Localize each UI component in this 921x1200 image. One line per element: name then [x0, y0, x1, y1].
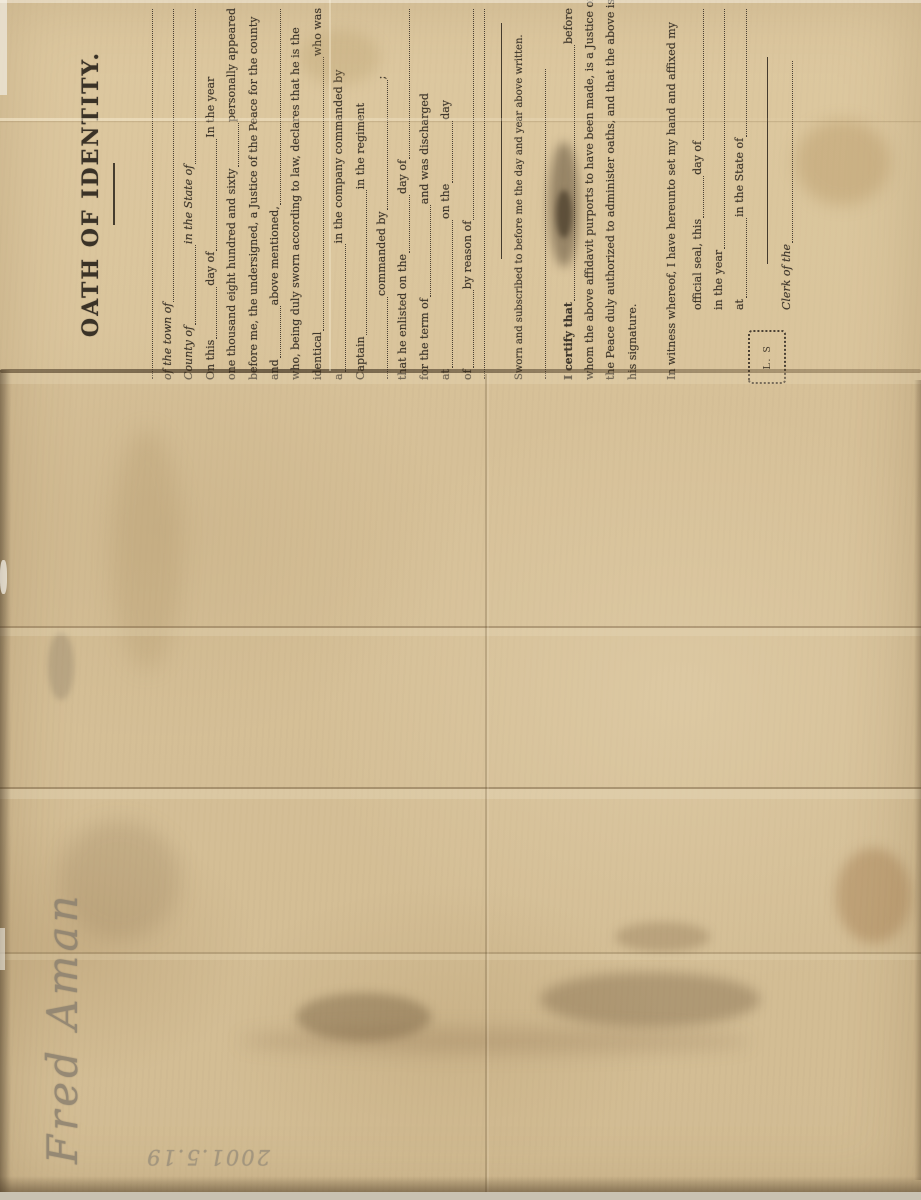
stain	[836, 848, 911, 943]
form-text: day	[435, 100, 456, 120]
form-line: that he enlisted on theday of	[392, 8, 413, 380]
form-text: I certify that	[558, 302, 579, 380]
blank-field	[238, 123, 239, 167]
form-text: who was	[307, 8, 328, 56]
form-title: OATH OF IDENTITY.	[78, 8, 104, 380]
form-text: in the company commanded by	[328, 70, 349, 244]
form-line: In witness whereof, I have hereunto set …	[661, 8, 682, 380]
blank-field	[484, 9, 485, 379]
blank-field	[216, 287, 217, 339]
form-text: before	[558, 8, 579, 44]
blank-field	[280, 9, 281, 205]
form-text: of the town of	[157, 303, 178, 380]
form-line	[545, 68, 550, 380]
blank-field	[792, 61, 793, 243]
form-line: Captainin the regiment	[350, 8, 371, 380]
oath-form-content: OATH OF IDENTITY. of the town ofCounty o…	[0, 0, 921, 390]
form-text: by reason of	[457, 221, 478, 290]
blank-field	[216, 139, 217, 251]
form-line: one thousand eight hundred and sixtypers…	[221, 8, 242, 380]
form-line: I certify thatbefore	[558, 8, 579, 380]
blank-field	[746, 218, 747, 298]
form-text: Clerk of the	[776, 244, 797, 310]
form-text: commanded by	[371, 211, 392, 296]
scanner-background-strip	[0, 1192, 921, 1200]
form-text: one thousand eight hundred and sixty	[221, 168, 242, 380]
blank-field	[195, 245, 196, 325]
form-line: whom the above affidavit purports to hav…	[579, 8, 600, 380]
form-text: for the term of	[414, 298, 435, 380]
notary-seal: L. S	[748, 330, 786, 384]
form-text: before me, the undersigned, a Justice of…	[243, 17, 264, 380]
fold-highlight	[487, 374, 489, 1195]
blank-field	[195, 9, 196, 164]
form-text: on the	[435, 184, 456, 219]
accession-number: 2001.5.19	[112, 1134, 270, 1180]
form-text: and was discharged	[414, 93, 435, 204]
form-text: whom the above affidavit purports to hav…	[579, 0, 600, 380]
form-text: a	[328, 373, 349, 380]
form-line: Clerk of the	[776, 60, 797, 310]
form-line: commanded by;	[371, 8, 392, 380]
form-line: in the year	[708, 8, 729, 310]
blank-field	[387, 297, 388, 379]
blank-field	[703, 9, 704, 140]
form-line: Sworn and subscribed to before me the da…	[509, 48, 530, 380]
fold-highlight	[0, 954, 921, 960]
form-text: above mentioned,	[264, 206, 285, 305]
pencil-signature: Fred Aman	[8, 872, 120, 1164]
blank-field	[387, 80, 388, 210]
form-line: of the town of	[157, 8, 178, 380]
blank-field	[452, 220, 453, 368]
blank-field	[473, 290, 474, 368]
fold-crease	[0, 787, 921, 789]
form-line	[484, 8, 489, 380]
form-text: On this	[200, 340, 221, 380]
form-text: at	[435, 369, 456, 380]
scanner-edge-sliver	[0, 560, 7, 594]
form-text: in the State of	[729, 138, 750, 217]
form-text: at	[729, 299, 750, 310]
form-text: in the regiment	[350, 103, 371, 189]
form-line: official seal, thisday of	[687, 8, 708, 310]
form-text: ;	[371, 76, 392, 80]
form-text: personally appeared	[221, 8, 242, 122]
stain	[240, 1028, 750, 1054]
form-text: in the State of	[178, 165, 199, 244]
stain	[296, 993, 431, 1041]
stain	[615, 922, 710, 952]
form-line: his signature.	[622, 8, 643, 380]
form-line	[501, 22, 506, 260]
form-text: identical	[307, 332, 328, 380]
form-text: day of	[392, 160, 413, 194]
form-text: his signature.	[622, 304, 643, 380]
form-text: and	[264, 359, 285, 380]
blank-field	[452, 121, 453, 183]
blank-field	[501, 23, 502, 259]
blank-field	[280, 306, 281, 358]
form-text: day of	[687, 141, 708, 175]
form-text: the Peace duly authorized to administer …	[600, 0, 621, 380]
blank-field	[767, 57, 768, 264]
blank-field	[152, 9, 153, 379]
blank-field	[173, 9, 174, 302]
form-text: who, being duly sworn according to law, …	[285, 27, 306, 380]
form-line: for the term ofand was discharged	[414, 8, 435, 380]
form-line: ofby reason of	[457, 8, 478, 380]
form-text: In the year	[200, 77, 221, 138]
form-line: On thisday ofIn the year	[200, 8, 221, 380]
stain	[540, 972, 760, 1027]
form-line	[767, 56, 772, 265]
form-line: aton theday	[435, 8, 456, 380]
blank-field	[430, 205, 431, 297]
form-text: that he enlisted on the	[392, 254, 413, 380]
paper-edge-shadow-right	[914, 380, 921, 1180]
blank-field	[409, 195, 410, 253]
blank-field	[473, 9, 474, 220]
fold-highlight	[0, 789, 921, 799]
form-lines: of the town ofCounty ofin the State ofOn…	[115, 8, 797, 380]
form-line: the Peace duly authorized to administer …	[600, 8, 621, 380]
blank-field	[409, 9, 410, 159]
blank-field	[345, 244, 346, 372]
form-line: County ofin the State of	[178, 8, 199, 380]
form-text: In witness whereof, I have hereunto set …	[661, 22, 682, 380]
fold-crease	[0, 626, 921, 628]
form-text: County of	[178, 326, 199, 380]
oath-form: OATH OF IDENTITY. of the town ofCounty o…	[0, 0, 921, 390]
form-text: Sworn and subscribed to before me the da…	[509, 34, 530, 380]
form-text: official seal, this	[687, 219, 708, 310]
form-text: of	[457, 369, 478, 380]
fold-crease	[0, 952, 921, 954]
document-scan: OATH OF IDENTITY. of the town ofCounty o…	[0, 0, 921, 1200]
form-line: ain the company commanded by	[328, 8, 349, 380]
blank-field	[574, 45, 575, 301]
blank-field	[746, 9, 747, 137]
fold-crease-vertical	[485, 374, 487, 1195]
form-line: identicalwho was	[307, 8, 328, 380]
form-line: who, being duly sworn according to law, …	[285, 8, 306, 380]
form-text: Captain	[350, 336, 371, 380]
form-text: in the year	[708, 250, 729, 310]
seal-label: L. S	[762, 345, 773, 370]
blank-field	[366, 190, 367, 335]
blank-field	[323, 57, 324, 330]
form-text: day of	[200, 252, 221, 286]
form-line: andabove mentioned,	[264, 8, 285, 380]
stain	[48, 632, 74, 700]
form-line: atin the State of	[729, 8, 750, 310]
fold-highlight	[0, 628, 921, 636]
blank-field	[703, 176, 704, 218]
scanner-edge-sliver	[0, 928, 5, 970]
stain	[112, 430, 182, 670]
blank-field	[724, 9, 725, 249]
form-line: before me, the undersigned, a Justice of…	[243, 8, 264, 380]
blank-field	[545, 69, 546, 379]
